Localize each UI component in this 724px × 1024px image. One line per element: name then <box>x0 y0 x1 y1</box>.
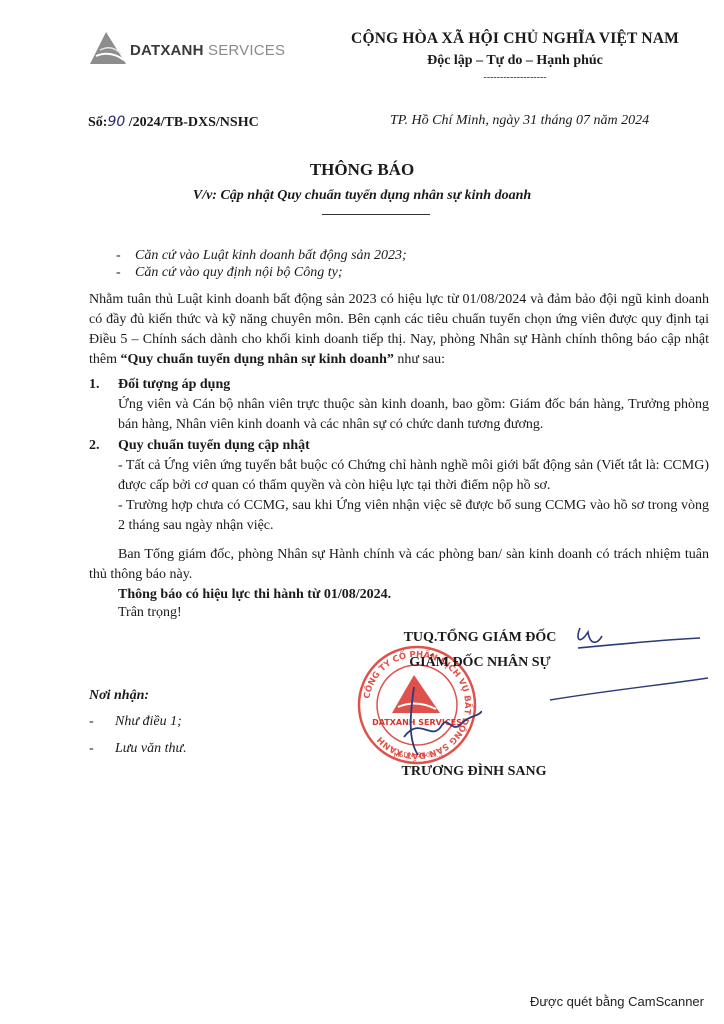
legal-basis-list: - Căn cứ vào Luật kinh doanh bất động sả… <box>116 247 407 281</box>
recipients-heading: Nơi nhận: <box>89 688 187 704</box>
place-date: TP. Hồ Chí Minh, ngày 31 tháng 07 năm 20… <box>390 113 649 129</box>
section-requirements: 2. Quy chuẩn tuyển dụng cập nhật - Tất c… <box>89 436 709 536</box>
basis-text: Căn cứ vào Luật kinh doanh bất động sản … <box>135 247 407 264</box>
company-logo: DATXANH SERVICES <box>88 30 298 70</box>
section-heading: 2. Quy chuẩn tuyển dụng cập nhật <box>89 436 709 456</box>
intro-paragraph: Nhằm tuân thủ Luật kinh doanh bất động s… <box>89 290 709 370</box>
logo-brand-light: SERVICES <box>208 42 285 59</box>
doc-number-prefix: Số: <box>88 115 107 130</box>
recipient-item: - Lưu văn thư. <box>89 741 187 757</box>
subject-underline <box>322 214 430 215</box>
logo-brand-bold: DATXANH <box>130 42 204 59</box>
regulation-name: “Quy chuẩn tuyển dụng nhân sự kinh doanh… <box>121 352 394 367</box>
section-body: Ứng viên và Cán bộ nhân viên trực thuộc … <box>89 395 709 435</box>
datxanh-triangle-icon <box>88 30 128 66</box>
document-title: THÔNG BÁO <box>0 160 724 180</box>
section-scope: 1. Đối tượng áp dụng Ứng viên và Cán bộ … <box>89 375 709 435</box>
nation-title: CỘNG HÒA XÃ HỘI CHỦ NGHĨA VIỆT NAM <box>330 30 700 48</box>
basis-text: Căn cứ vào quy định nội bộ Công ty; <box>135 264 343 281</box>
effective-date: Thông báo có hiệu lực thi hành từ 01/08/… <box>118 586 391 604</box>
effective-block: Thông báo có hiệu lực thi hành từ 01/08/… <box>118 586 391 622</box>
section-bullet: - Tất cả Ứng viên ứng tuyển bắt buộc có … <box>89 456 709 496</box>
document-number: Số:90 /2024/TB-DXS/NSHC <box>88 114 259 131</box>
camscanner-watermark: Được quét bằng CamScanner <box>530 994 704 1009</box>
doc-number-handwritten: 90 <box>107 114 125 130</box>
logo-text: DATXANH SERVICES <box>130 42 285 59</box>
signer-name: TRƯƠNG ĐÌNH SANG <box>374 764 574 780</box>
recipients: Nơi nhận: - Như điều 1; - Lưu văn thư. <box>89 688 187 768</box>
document-subject: V/v: Cập nhật Quy chuẩn tuyển dụng nhân … <box>0 188 724 204</box>
section-bullet: - Trường hợp chưa có CCMG, sau khi Ứng v… <box>89 496 709 536</box>
basis-item: - Căn cứ vào quy định nội bộ Công ty; <box>116 264 407 281</box>
doc-number-suffix: /2024/TB-DXS/NSHC <box>125 115 258 130</box>
regards: Trân trọng! <box>118 604 391 622</box>
handwritten-signature-icon <box>430 620 710 720</box>
responsibility-paragraph: Ban Tổng giám đốc, phòng Nhân sự Hành ch… <box>89 545 709 585</box>
section-heading: 1. Đối tượng áp dụng <box>89 375 709 395</box>
recipient-item: - Như điều 1; <box>89 714 187 730</box>
national-heading: CỘNG HÒA XÃ HỘI CHỦ NGHĨA VIỆT NAM Độc l… <box>330 30 700 83</box>
nation-separator: ------------------- <box>330 72 700 83</box>
basis-item: - Căn cứ vào Luật kinh doanh bất động sả… <box>116 247 407 264</box>
nation-motto: Độc lập – Tự do – Hạnh phúc <box>330 53 700 69</box>
